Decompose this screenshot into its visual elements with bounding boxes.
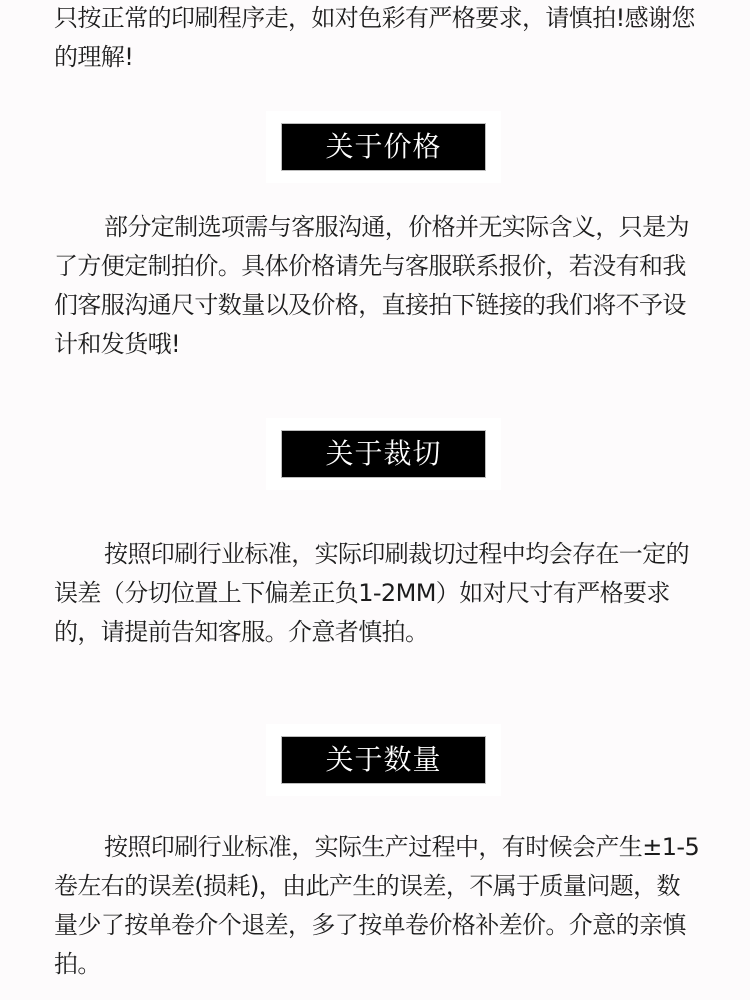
quantity-paragraph: 按照印刷行业标准，实际生产过程中，有时候会产生±1-5 卷左右的误差(损耗)，由…: [54, 828, 714, 984]
intro-line: 的理解!: [54, 38, 714, 77]
price-line: 了方便定制拍价。具体价格请先与客服联系报价，若没有和我: [54, 247, 714, 286]
price-line: 部分定制选项需与客服沟通，价格并无实际含义，只是为: [54, 208, 714, 247]
quantity-line: 按照印刷行业标准，实际生产过程中，有时候会产生±1-5: [54, 828, 714, 867]
quantity-line: 量少了按单卷介个退差，多了按单卷价格补差价。介意的亲慎: [54, 906, 714, 945]
price-line: 计和发货哦!: [54, 325, 714, 364]
section-heading-price: 关于价格: [282, 124, 485, 170]
price-line: 们客服沟通尺寸数量以及价格，直接拍下链接的我们将不予设: [54, 286, 714, 325]
section-heading-quantity: 关于数量: [282, 737, 485, 783]
cutting-line: 误差（分切位置上下偏差正负1-2MM）如对尺寸有严格要求: [54, 574, 714, 613]
quantity-line: 拍。: [54, 945, 714, 984]
cutting-line: 的，请提前告知客服。介意者慎拍。: [54, 613, 714, 652]
intro-paragraph: 只按正常的印刷程序走，如对色彩有严格要求，请慎拍!感谢您 的理解!: [54, 0, 714, 77]
cutting-paragraph: 按照印刷行业标准，实际印刷裁切过程中均会存在一定的 误差（分切位置上下偏差正负1…: [54, 535, 714, 652]
section-heading-cutting: 关于裁切: [282, 431, 485, 477]
intro-line: 只按正常的印刷程序走，如对色彩有严格要求，请慎拍!感谢您: [54, 0, 714, 38]
cutting-line: 按照印刷行业标准，实际印刷裁切过程中均会存在一定的: [54, 535, 714, 574]
price-paragraph: 部分定制选项需与客服沟通，价格并无实际含义，只是为 了方便定制拍价。具体价格请先…: [54, 208, 714, 364]
quantity-line: 卷左右的误差(损耗)，由此产生的误差，不属于质量问题，数: [54, 867, 714, 906]
